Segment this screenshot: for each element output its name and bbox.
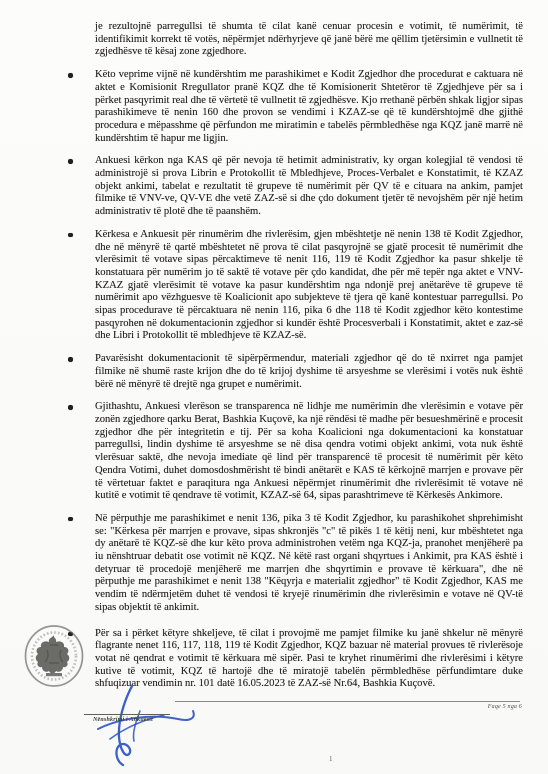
bullet-item: Në përputhje me parashikimet e nenit 136… [95,513,523,615]
bullet-dot [68,159,73,164]
page-bottom-mark: 1 [329,755,333,763]
bullet-dot [68,233,73,238]
page-indicator: Faqe 5 nga 6 [488,704,522,710]
signature-label: Nënshkrimi i Ankuesit [93,717,153,723]
intro-paragraph: je rezultojnë parregullsi të shumta të c… [95,21,523,59]
bullet-item: Gjithashtu, Ankuesi vlerëson se transpar… [95,401,523,503]
bullet-dot [68,405,73,410]
document-body: je rezultojnë parregullsi të shumta të c… [95,21,523,701]
bullet-text: Ankuesi kërkon nga KAS që për nevoja të … [95,155,523,219]
signature-line [84,714,170,715]
bullet-text: Kërkesa e Ankuesit për rinumërim dhe riv… [95,229,523,343]
closing-paragraph-block: Për sa i përket këtyre shkeljeve, të cil… [95,628,523,692]
bullet-text: Pavarësisht dokumentacionit të sipërpërm… [95,353,523,391]
official-seal-stamp-icon [23,623,85,689]
bullet-dot [68,73,73,78]
bullet-dot [68,357,73,362]
bullet-text: Në përputhje me parashikimet e nenit 136… [95,513,523,615]
bullet-item: Këto veprime vijnë në kundërshtim me par… [95,69,523,145]
closing-paragraph: Për sa i përket këtyre shkeljeve, të cil… [95,628,523,692]
document-page: je rezultojnë parregullsi të shumta të c… [0,0,548,774]
bullet-item: Ankuesi kërkon nga KAS që për nevoja të … [95,155,523,219]
bullet-item: Kërkesa e Ankuesit për rinumërim dhe riv… [95,229,523,343]
footer-rule [175,701,520,702]
bullet-item: Pavarësisht dokumentacionit të sipërpërm… [95,353,523,391]
bullet-dot [68,517,73,522]
bullet-text: Këto veprime vijnë në kundërshtim me par… [95,69,523,145]
bullet-text: Gjithashtu, Ankuesi vlerëson se transpar… [95,401,523,503]
signature-scribble [92,683,212,769]
